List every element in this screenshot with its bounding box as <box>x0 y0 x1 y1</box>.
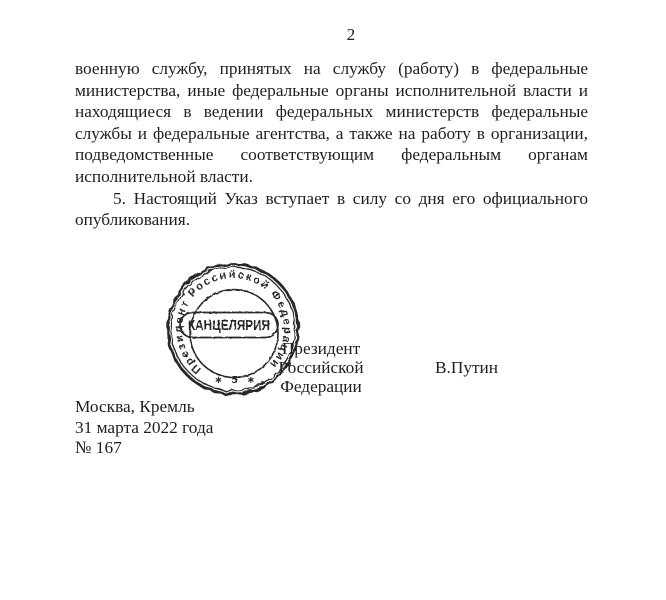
signature-block: Президент Российской Федерации <box>239 339 403 396</box>
body-text: военную службу, принятых на службу (рабо… <box>75 58 588 231</box>
text-line: исполнительной власти. <box>75 166 588 188</box>
text-line: военную службу, принятых на службу (рабо… <box>75 58 588 80</box>
footer-block: Москва, Кремль 31 марта 2022 года № 167 <box>75 397 213 459</box>
footer-number: № 167 <box>75 438 213 459</box>
footer-date: 31 марта 2022 года <box>75 418 213 439</box>
text-line: 5. Настоящий Указ вступает в силу со дня… <box>75 188 588 210</box>
text-line: находящиеся в ведении федеральных минист… <box>75 101 588 123</box>
text-line: подведомственные соответствующим федерал… <box>75 144 588 166</box>
paragraph-continuation: военную службу, принятых на службу (рабо… <box>75 58 588 188</box>
text-line: службы и федеральные агентства, а также … <box>75 123 588 145</box>
document-page: 2 военную службу, принятых на службу (ра… <box>0 0 666 600</box>
signature-title-line2: Российской Федерации <box>239 358 403 396</box>
stamp-center-frame <box>180 313 278 338</box>
paragraph-5: 5. Настоящий Указ вступает в силу со дня… <box>75 188 588 231</box>
stamp-center-label: КАНЦЕЛЯРИЯ <box>188 318 270 334</box>
page-number: 2 <box>340 25 362 45</box>
text-line: опубликования. <box>75 209 588 231</box>
footer-place: Москва, Кремль <box>75 397 213 418</box>
signature-title-line1: Президент <box>239 339 403 358</box>
text-line: министерства, иные федеральные органы ис… <box>75 80 588 102</box>
signature-name: В.Путин <box>435 358 498 377</box>
